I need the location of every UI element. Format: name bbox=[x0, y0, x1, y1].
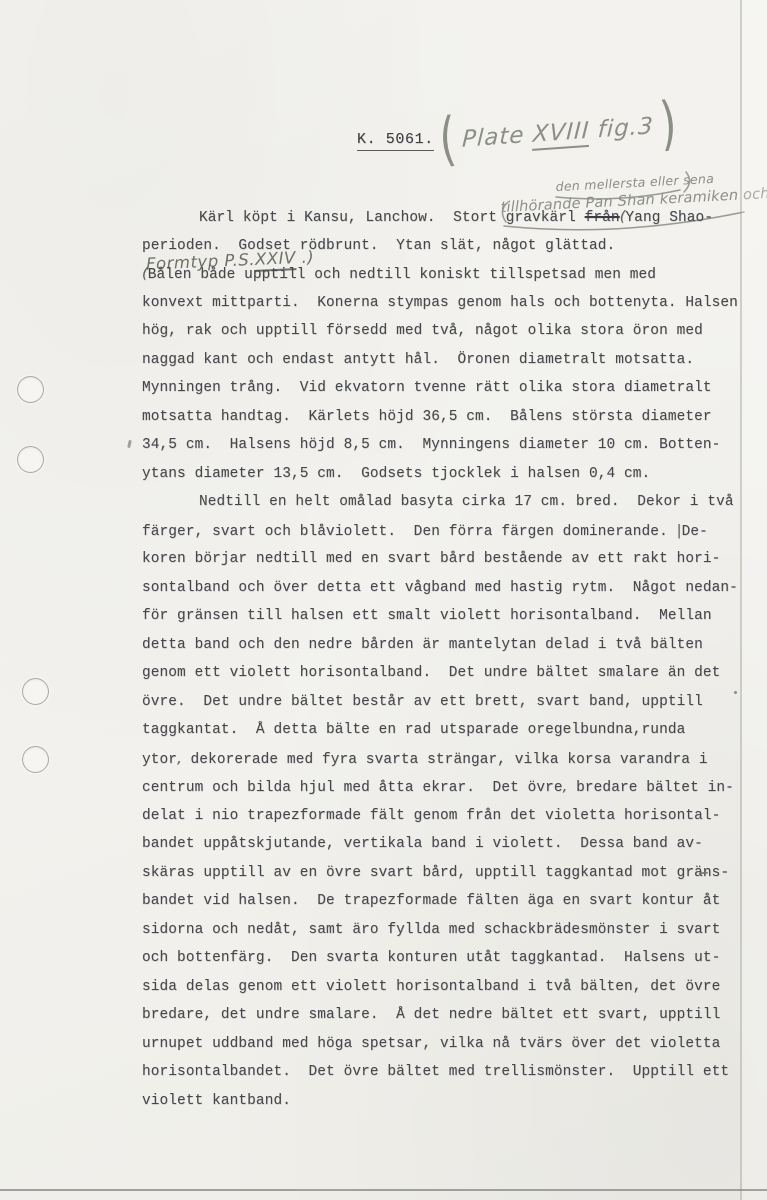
typed-text: och bottenfärg. Den svarta konturen utåt… bbox=[142, 950, 720, 966]
typed-text: De- bbox=[682, 524, 708, 540]
typed-line: skäras upptill av en övre svart bård, up… bbox=[142, 859, 738, 888]
typed-text: sidorna och nedåt, samt äro fyllda med s… bbox=[142, 922, 720, 938]
typed-line: perioden. Godset rödbrunt. Ytan slät, nå… bbox=[142, 232, 738, 261]
plate-annotation-text: Plate XVIII fig.3 bbox=[461, 109, 654, 153]
typed-text: motsatta handtag. Kärlets höjd 36,5 cm. … bbox=[142, 409, 712, 425]
typed-line: ytans diameter 13,5 cm. Godsets tjocklek… bbox=[142, 460, 738, 489]
typed-line: bandet vid halsen. De trapezformade fält… bbox=[142, 887, 738, 916]
typed-text: urnupet uddband med höga spetsar, vilka … bbox=[142, 1036, 720, 1052]
typed-text: violett kantband. bbox=[142, 1093, 291, 1109]
typed-line: centrum och bilda hjul med åtta ekrar. D… bbox=[142, 773, 738, 802]
plate-word: Plate bbox=[461, 122, 533, 153]
typed-line: Nedtill en helt omålad basyta cirka 17 c… bbox=[142, 488, 738, 517]
typed-line: naggad kant och endast antytt hål. Örone… bbox=[142, 346, 738, 375]
typed-text: bredare bältet in- bbox=[567, 780, 734, 796]
typed-line: (Bålen både upptill och nedtill koniskt … bbox=[142, 260, 738, 289]
ink-dot-artifact bbox=[734, 691, 737, 694]
typed-line: Kärl köpt i Kansu, Lanchow. Stort gravkä… bbox=[142, 203, 738, 232]
typed-text: Nedtill en helt omålad basyta cirka 17 c… bbox=[199, 494, 734, 510]
typed-text: detta band och den nedre bården är mante… bbox=[142, 637, 703, 653]
typed-line: sontalband och över detta ett vågband me… bbox=[142, 574, 738, 603]
hole-punch bbox=[22, 678, 49, 705]
typed-text: Kärl köpt i Kansu, Lanchow. Stort gravkä… bbox=[199, 210, 585, 226]
hole-punch bbox=[22, 746, 49, 773]
typed-line: övre. Det undre bältet består av ett bre… bbox=[142, 688, 738, 717]
typed-line: taggkantat. Å detta bälte en rad utspara… bbox=[142, 716, 738, 745]
typed-text: centrum och bilda hjul med åtta ekrar. D… bbox=[142, 780, 563, 796]
typed-line: konvext mittparti. Konerna stympas genom… bbox=[142, 289, 738, 318]
ink-tick-artifact bbox=[127, 440, 132, 448]
typed-line: för gränsen till halsen ett smalt violet… bbox=[142, 602, 738, 631]
hole-punch bbox=[17, 446, 44, 473]
catalog-number: K. 5061. bbox=[357, 131, 434, 151]
typed-text: konvext mittparti. Konerna stympas genom… bbox=[142, 295, 738, 311]
typed-text: dekorerade med fyra svarta strängar, vil… bbox=[182, 752, 708, 768]
typed-text: sida delas genom ett violett horisontalb… bbox=[142, 979, 720, 995]
typed-text: Mynningen trång. Vid ekvatorn tvenne rät… bbox=[142, 380, 712, 396]
typed-line: sida delas genom ett violett horisontalb… bbox=[142, 973, 738, 1002]
typed-line: bandet uppåtskjutande, vertikala band i … bbox=[142, 830, 738, 859]
paper-edge-highlight bbox=[742, 0, 767, 1200]
scanned-document-page: K. 5061. ( Plate XVIII fig.3 ) den melle… bbox=[0, 0, 767, 1200]
typed-line: Mynningen trång. Vid ekvatorn tvenne rät… bbox=[142, 374, 738, 403]
typed-line: horisontalbandet. Det övre bältet med tr… bbox=[142, 1058, 738, 1087]
typed-text: ytor bbox=[142, 752, 177, 768]
typed-text: bandet uppåtskjutande, vertikala band i … bbox=[142, 836, 703, 852]
typed-text: 34,5 cm. Halsens höjd 8,5 cm. Mynningens… bbox=[142, 437, 720, 453]
figure-reference: fig.3 bbox=[588, 113, 654, 144]
typed-text: delat i nio trapezformade fält genom frå… bbox=[142, 808, 720, 824]
plate-roman-numeral: XVIII bbox=[532, 118, 590, 151]
typed-line: sidorna och nedåt, samt äro fyllda med s… bbox=[142, 916, 738, 945]
typed-text: Bålen både upptill och nedtill koniskt t… bbox=[148, 267, 656, 283]
typed-line: koren börjar nedtill med en svart bård b… bbox=[142, 545, 738, 574]
typed-text: taggkantat. Å detta bälte en rad utspara… bbox=[142, 722, 685, 738]
typed-text: bredare, det undre smalare. Å det nedre … bbox=[142, 1007, 720, 1023]
typed-line: detta band och den nedre bården är mante… bbox=[142, 631, 738, 660]
typed-text: färger, svart och blåviolett. Den förra … bbox=[142, 524, 677, 540]
typed-line: färger, svart och blåviolett. Den förra … bbox=[142, 517, 738, 546]
typed-text: ytans diameter 13,5 cm. Godsets tjocklek… bbox=[142, 466, 650, 482]
typed-text: perioden. Godset rödbrunt. Ytan slät, nå… bbox=[142, 238, 615, 254]
typed-text: koren börjar nedtill med en svart bård b… bbox=[142, 551, 720, 567]
struck-word: från bbox=[585, 210, 620, 226]
typed-line: motsatta handtag. Kärlets höjd 36,5 cm. … bbox=[142, 403, 738, 432]
typed-text: bandet vid halsen. De trapezformade fält… bbox=[142, 893, 720, 909]
typed-text: sontalband och över detta ett vågband me… bbox=[142, 580, 738, 596]
handwritten-paren-close-icon: ) bbox=[658, 94, 678, 153]
typed-line: violett kantband. bbox=[142, 1087, 738, 1116]
hole-punch bbox=[17, 376, 44, 403]
typed-text: hög, rak och upptill försedd med två, nå… bbox=[142, 323, 703, 339]
typed-text: övre. Det undre bältet består av ett bre… bbox=[142, 694, 703, 710]
plate-annotation: ( Plate XVIII fig.3 ) bbox=[434, 94, 681, 169]
typed-line: genom ett violett horisontalband. Det un… bbox=[142, 659, 738, 688]
typed-line: bredare, det undre smalare. Å det nedre … bbox=[142, 1001, 738, 1030]
typed-line: 34,5 cm. Halsens höjd 8,5 cm. Mynningens… bbox=[142, 431, 738, 460]
typed-text: horisontalbandet. Det övre bältet med tr… bbox=[142, 1064, 729, 1080]
typed-line: delat i nio trapezformade fält genom frå… bbox=[142, 802, 738, 831]
typed-text: naggad kant och endast antytt hål. Örone… bbox=[142, 352, 694, 368]
handwritten-paren-open-icon: ( bbox=[437, 109, 457, 168]
typed-line: ytor, dekorerade med fyra svarta stränga… bbox=[142, 745, 738, 774]
typed-text: för gränsen till halsen ett smalt violet… bbox=[142, 608, 712, 624]
scan-bottom-edge bbox=[0, 1189, 767, 1191]
typed-line: och bottenfärg. Den svarta konturen utåt… bbox=[142, 944, 738, 973]
typed-text: Yang Shao- bbox=[625, 210, 713, 226]
typed-line: urnupet uddband med höga spetsar, vilka … bbox=[142, 1030, 738, 1059]
typed-text: genom ett violett horisontalband. Det un… bbox=[142, 665, 720, 681]
typed-line: hög, rak och upptill försedd med två, nå… bbox=[142, 317, 738, 346]
typed-text-block: Kärl köpt i Kansu, Lanchow. Stort gravkä… bbox=[142, 203, 738, 1115]
typed-text: skäras upptill av en övre svart bård, up… bbox=[142, 865, 729, 881]
